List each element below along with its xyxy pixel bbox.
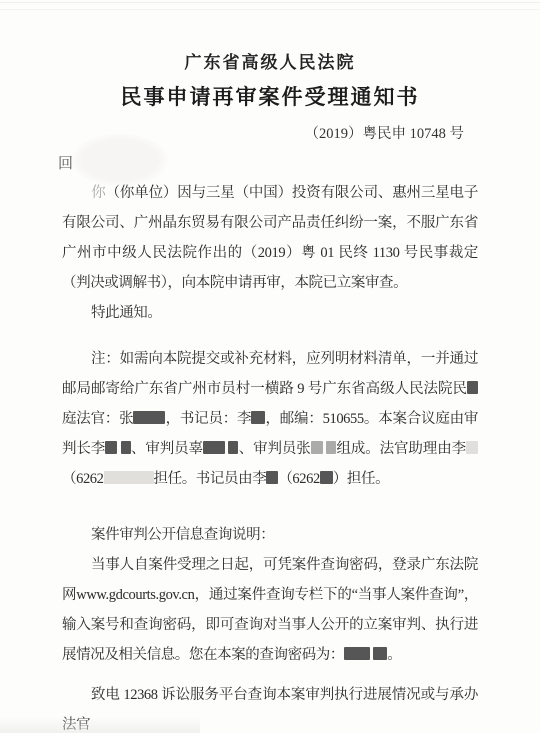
redaction-mark <box>466 441 478 454</box>
scan-artifact-shadow <box>0 717 200 733</box>
note-text: （6262 <box>62 471 104 487</box>
redaction-blur-blob <box>72 134 168 186</box>
query-info-text: 当事人自案件受理之日起，可凭案件查询密码，登录广东法院网www.gdcourts… <box>62 557 478 663</box>
addressee-line: 回 <box>58 150 478 178</box>
note-text: 、审判员辜 <box>131 441 203 457</box>
redaction-mark <box>320 471 333 484</box>
note-text: 担任。书记员由李 <box>154 471 267 487</box>
redaction-mark <box>311 441 323 454</box>
redaction-mark <box>467 381 478 394</box>
query-info-paragraph: 当事人自案件受理之日起，可凭案件查询密码，登录广东法院网www.gdcourts… <box>62 550 478 670</box>
notice-line: 特此通知。 <box>62 298 478 328</box>
note-text: ，书记员：李 <box>165 411 251 427</box>
redaction-mark <box>121 441 131 454</box>
document-title: 民事申请再审案件受理通知书 <box>62 83 478 111</box>
main-paragraph-text: （你单位）因与三星（中国）投资有限公司、惠州三星电子有限公司、广州晶东贸易有限公… <box>62 185 478 291</box>
redaction-mark <box>344 647 370 660</box>
query-info-text: 。 <box>387 647 401 663</box>
note-text: ）担任。 <box>333 471 389 487</box>
note-text: 、审判员张 <box>238 441 310 457</box>
redaction-mark <box>203 441 225 454</box>
redaction-mark <box>266 471 278 484</box>
main-paragraph: 你（你单位）因与三星（中国）投资有限公司、惠州三星电子有限公司、广州晶东贸易有限… <box>62 178 478 298</box>
redaction-mark <box>133 411 165 424</box>
note-text: 庭法官：张 <box>62 411 133 427</box>
redaction-mark <box>104 471 154 484</box>
redaction-mark <box>373 647 387 660</box>
court-name: 广东省高级人民法院 <box>62 52 478 74</box>
note-text: 注：如需向本院提交或补充材料，应列明材料清单，一并通过邮局邮寄给广东省广州市员村… <box>62 351 478 397</box>
note-text: （6262 <box>278 471 320 487</box>
note-text: 组成。法官助理由李 <box>336 441 466 457</box>
document-page: 广东省高级人民法院 民事申请再审案件受理通知书 （2019）粤民申 10748 … <box>0 0 540 733</box>
query-info-heading: 案件审判公开信息查询说明： <box>62 520 478 550</box>
redaction-mark <box>326 441 336 454</box>
addressee-fragment: 回 <box>58 156 73 172</box>
redaction-mark <box>251 411 265 424</box>
redaction-mark <box>228 441 238 454</box>
redaction-mark <box>105 441 117 454</box>
note-paragraph: 注：如需向本院提交或补充材料，应列明材料清单，一并通过邮局邮寄给广东省广州市员村… <box>62 344 478 494</box>
faded-first-char: 你 <box>91 185 106 201</box>
